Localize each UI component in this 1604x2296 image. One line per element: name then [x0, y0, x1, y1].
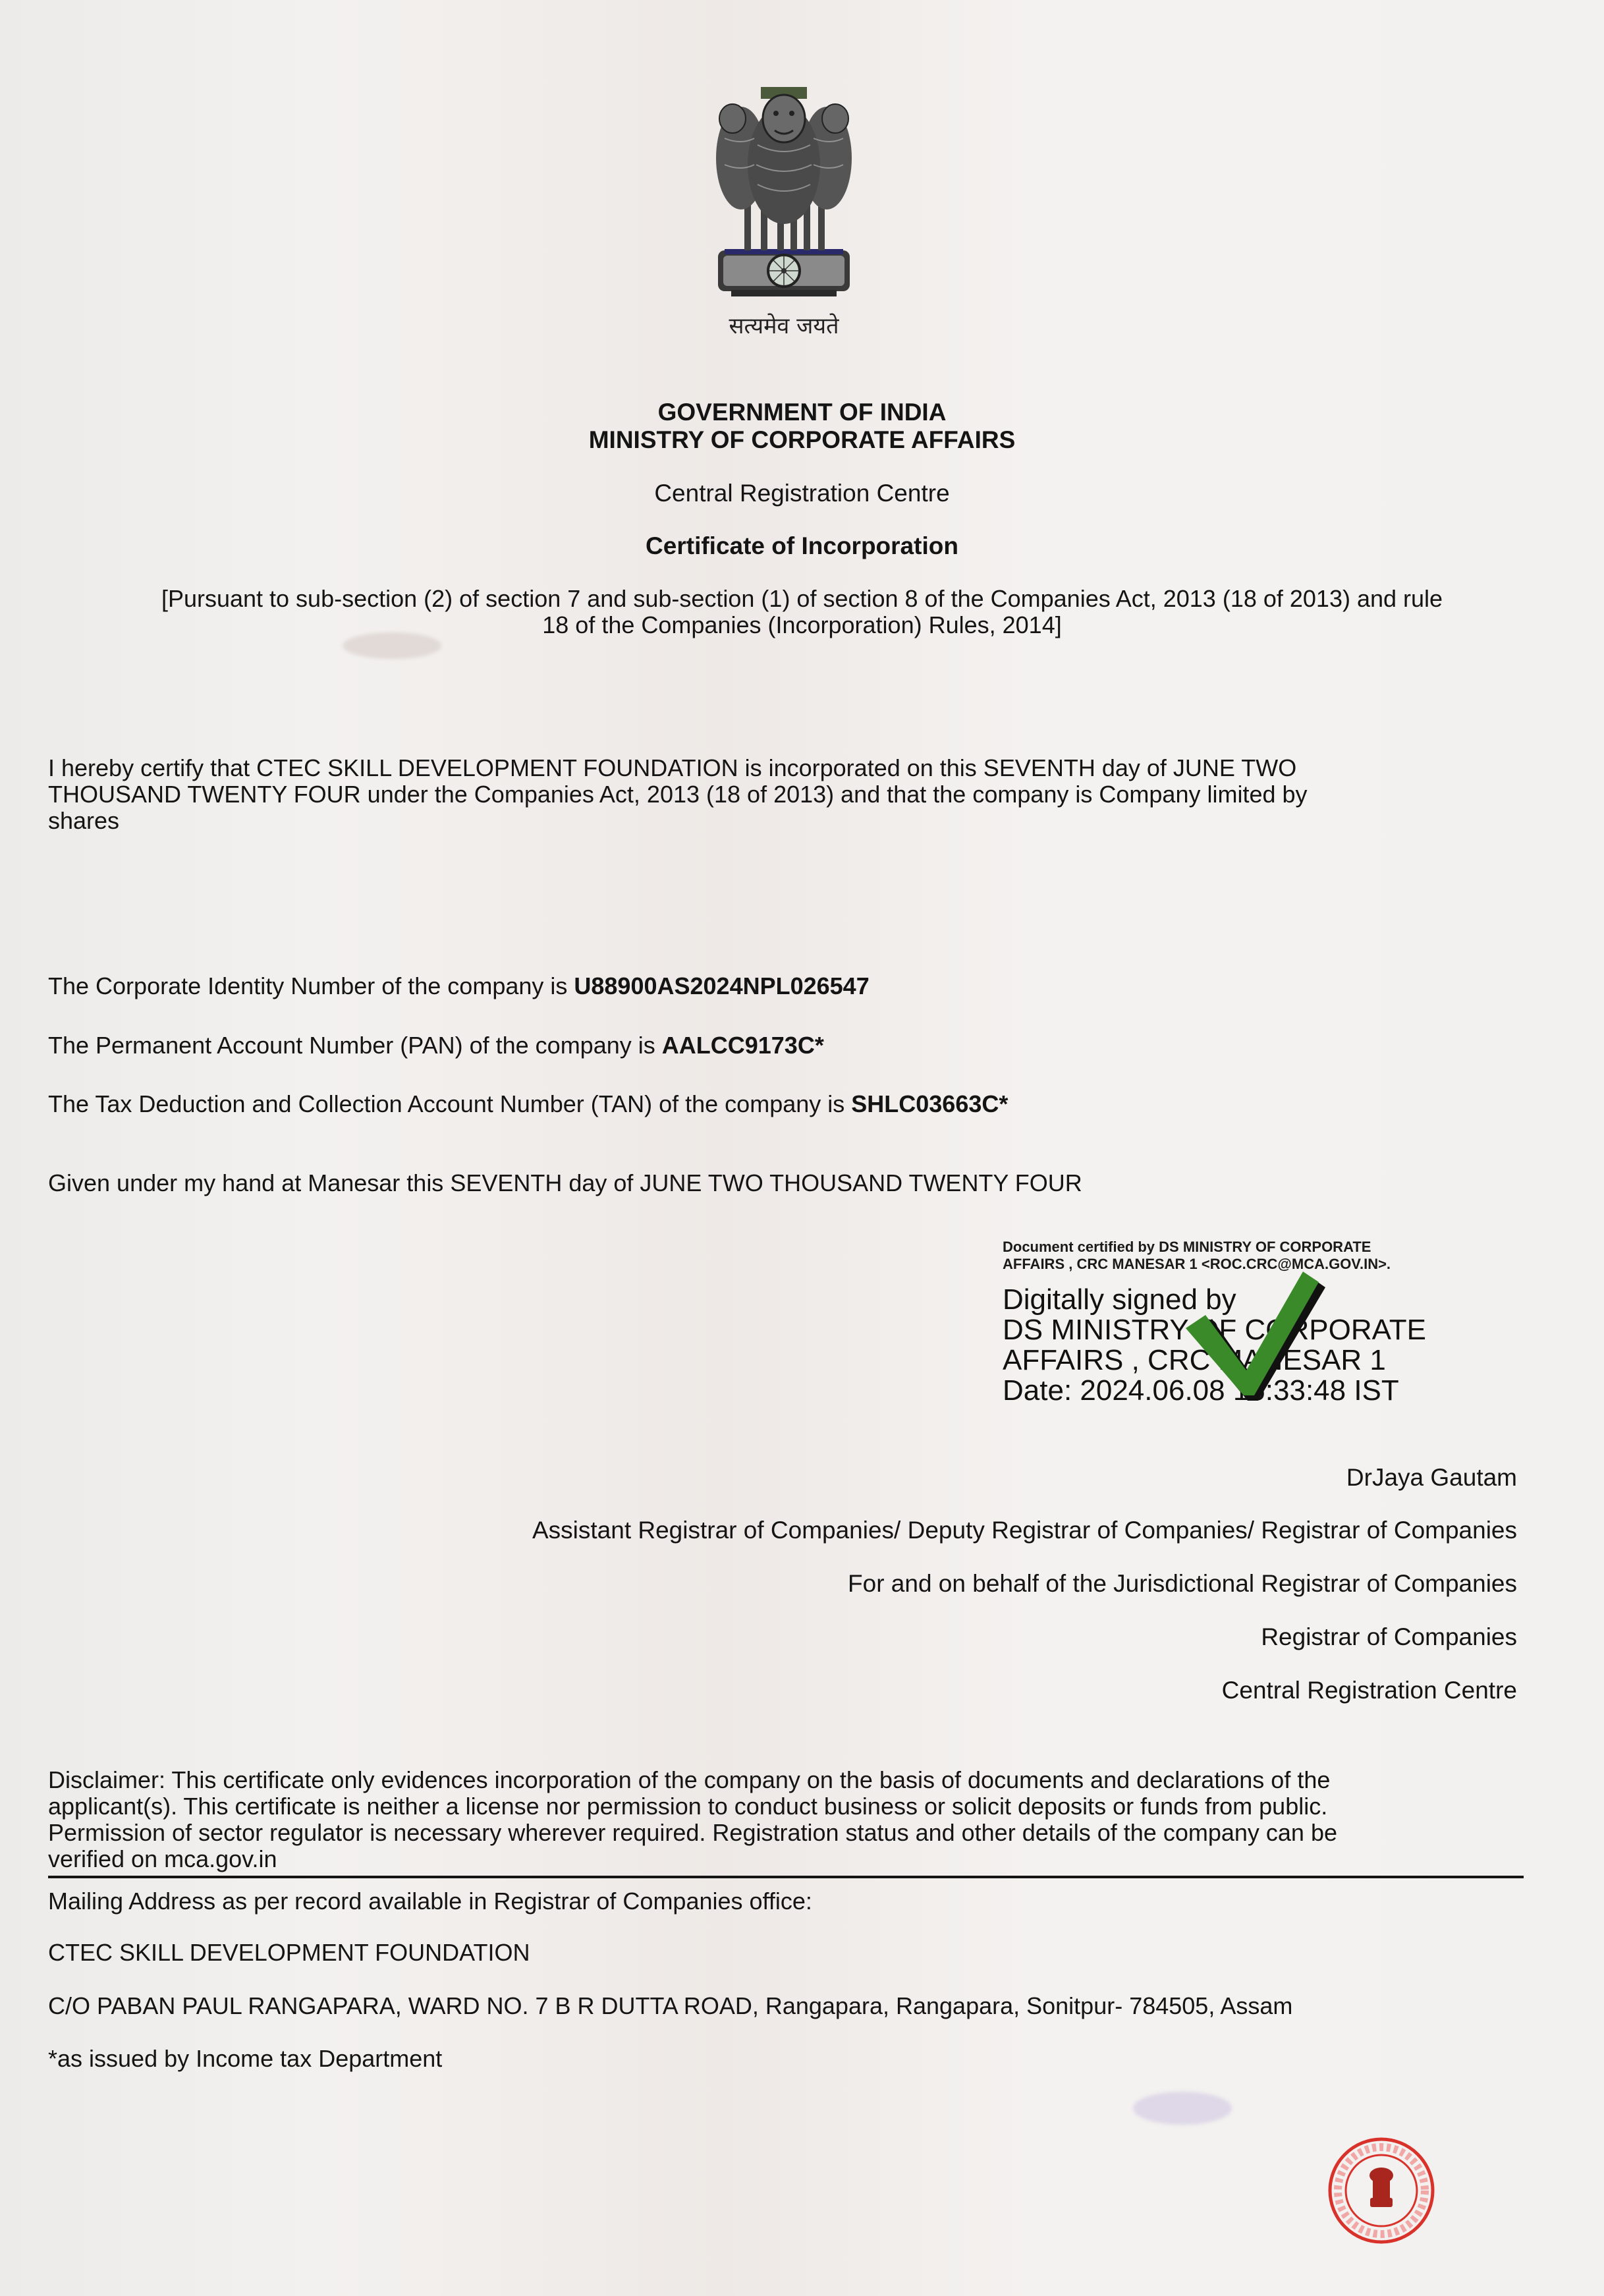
- signatory-office-1: Registrar of Companies: [1261, 1623, 1517, 1650]
- header-office: Central Registration Centre: [0, 480, 1604, 507]
- pan-tan-footnote: *as issued by Income tax Department: [48, 2046, 1524, 2072]
- signatory-behalf: For and on behalf of the Jurisdictional …: [848, 1570, 1517, 1597]
- mailing-company: CTEC SKILL DEVELOPMENT FOUNDATION: [48, 1940, 1524, 1966]
- certified-line-1: Document certified by DS MINISTRY OF COR…: [1003, 1239, 1477, 1256]
- disclaimer-line-1: Disclaimer: This certificate only eviden…: [48, 1767, 1524, 1793]
- certification-paragraph: I hereby certify that CTEC SKILL DEVELOP…: [48, 755, 1524, 834]
- header-ministry: MINISTRY OF CORPORATE AFFAIRS: [0, 426, 1604, 453]
- mca-red-seal-icon: [1325, 2135, 1437, 2247]
- emblem-motto: सत्यमेव जयते: [698, 310, 870, 340]
- header-government: GOVERNMENT OF INDIA: [0, 399, 1604, 426]
- tan-label: The Tax Deduction and Collection Account…: [48, 1090, 851, 1117]
- ink-smudge: [1133, 2092, 1232, 2125]
- cin-label: The Corporate Identity Number of the com…: [48, 972, 574, 999]
- disclaimer-line-2: applicant(s). This certificate is neithe…: [48, 1793, 1524, 1820]
- green-checkmark-icon: [1186, 1272, 1331, 1403]
- signatory-designation: Assistant Registrar of Companies/ Deputy…: [532, 1517, 1517, 1544]
- disclaimer-line-3: Permission of sector regulator is necess…: [48, 1820, 1524, 1846]
- signatory-office-2: Central Registration Centre: [1222, 1677, 1517, 1704]
- cin-line: The Corporate Identity Number of the com…: [48, 973, 1524, 999]
- pan-value: AALCC9173C*: [662, 1032, 824, 1059]
- mailing-address: C/O PABAN PAUL RANGAPARA, WARD NO. 7 B R…: [48, 1993, 1524, 2019]
- cin-value: U88900AS2024NPL026547: [574, 972, 869, 999]
- given-under-hand-line: Given under my hand at Manesar this SEVE…: [48, 1170, 1524, 1196]
- pan-line: The Permanent Account Number (PAN) of th…: [48, 1032, 1524, 1059]
- certified-line-2: AFFAIRS , CRC MANESAR 1 <ROC.CRC@MCA.GOV…: [1003, 1256, 1477, 1273]
- tan-line: The Tax Deduction and Collection Account…: [48, 1091, 1524, 1117]
- disclaimer-line-4: verified on mca.gov.in: [48, 1846, 1524, 1872]
- paper-stain: [343, 632, 441, 659]
- certificate-title: Certificate of Incorporation: [0, 532, 1604, 559]
- pursuant-line-1: [Pursuant to sub-section (2) of section …: [0, 586, 1604, 612]
- disclaimer: Disclaimer: This certificate only eviden…: [48, 1767, 1524, 1872]
- section-divider: [48, 1876, 1524, 1878]
- tan-value: SHLC03663C*: [851, 1090, 1008, 1117]
- certification-line-1: I hereby certify that CTEC SKILL DEVELOP…: [48, 755, 1524, 781]
- pan-label: The Permanent Account Number (PAN) of th…: [48, 1032, 662, 1059]
- national-emblem-icon: [705, 72, 863, 303]
- certification-line-2: THOUSAND TWENTY FOUR under the Companies…: [48, 781, 1524, 808]
- certification-line-3: shares: [48, 808, 1524, 834]
- pursuant-line-2: 18 of the Companies (Incorporation) Rule…: [0, 612, 1604, 638]
- signatory-name: DrJaya Gautam: [1346, 1464, 1517, 1491]
- mailing-heading: Mailing Address as per record available …: [48, 1888, 1524, 1915]
